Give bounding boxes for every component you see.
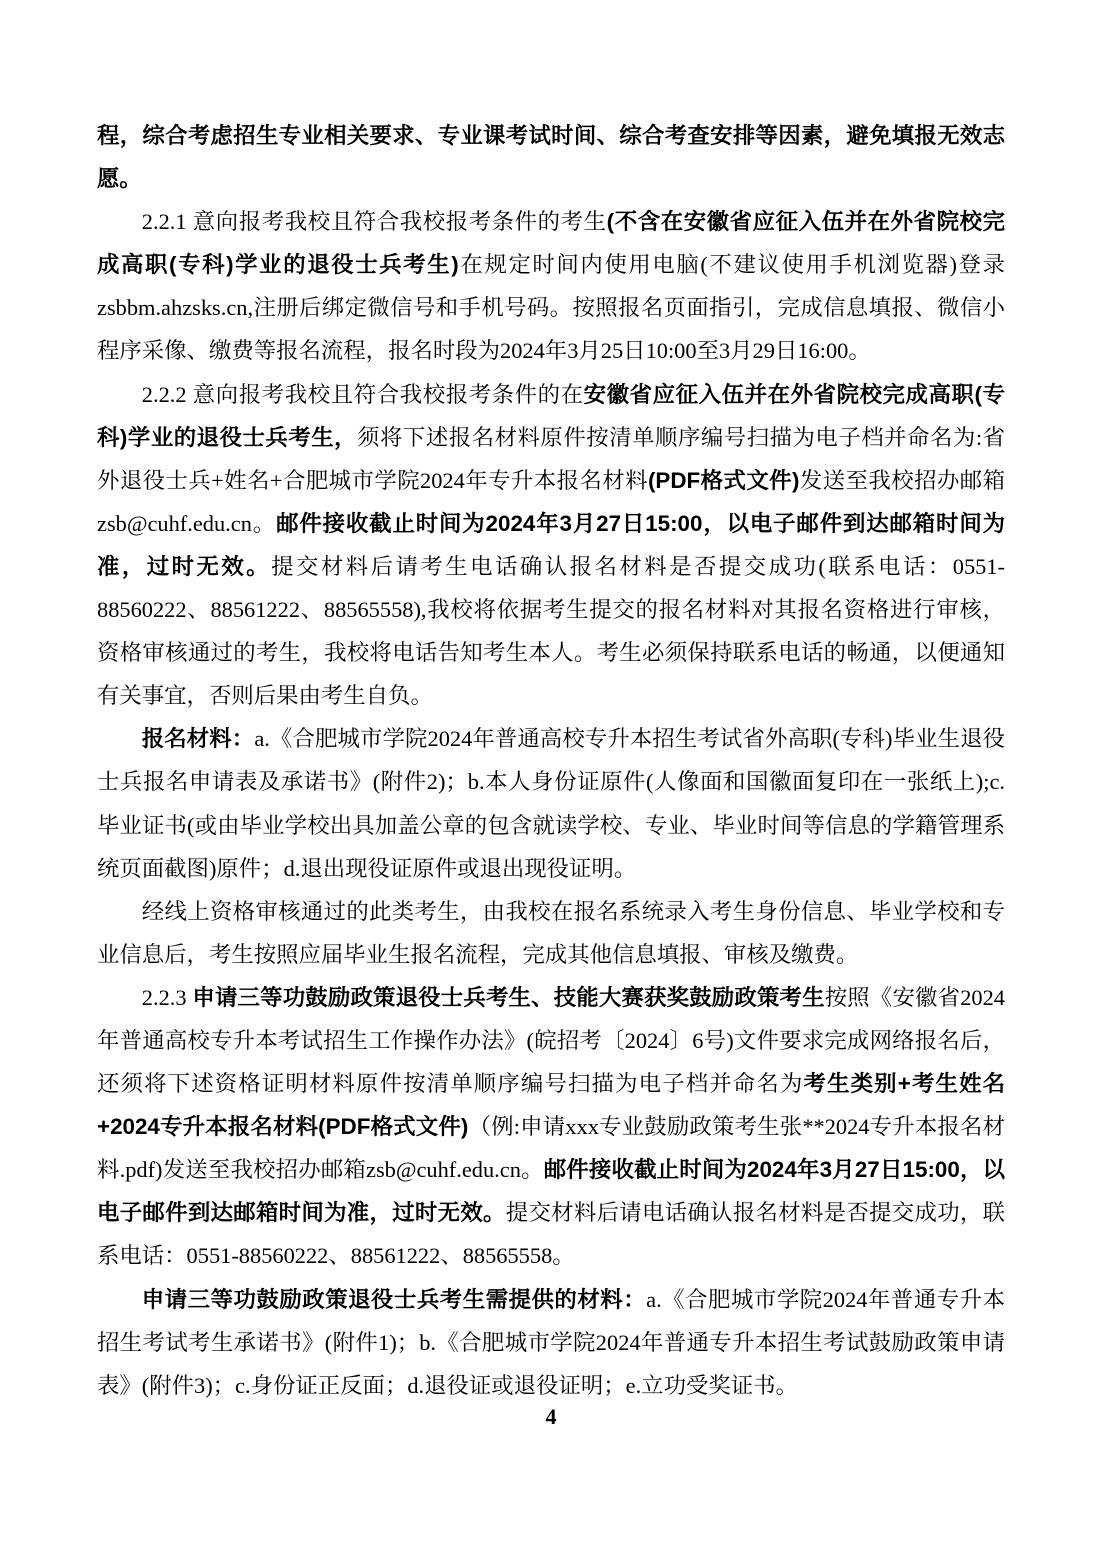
paragraph: 程，综合考虑招生专业相关要求、专业课考试时间、综合考查安排等因素，避免填报无效志…: [97, 114, 1005, 200]
bold-text-run: 申请三等功鼓励政策退役士兵考生需提供的材料：: [142, 1287, 646, 1312]
document-page: 程，综合考虑招生专业相关要求、专业课考试时间、综合考查安排等因素，避免填报无效志…: [0, 0, 1102, 1559]
paragraph: 申请三等功鼓励政策退役士兵考生需提供的材料：a.《合肥城市学院2024年普通专升…: [97, 1278, 1005, 1407]
bold-text-run: 申请三等功鼓励政策退役士兵考生、技能大赛获奖鼓励政策考生: [192, 985, 824, 1010]
page-number: 4: [0, 1404, 1102, 1430]
paragraph: 2.2.2 意向报考我校且符合我校报考条件的在安徽省应征入伍并在外省院校完成高职…: [97, 373, 1005, 718]
bold-text-run: 报名材料：: [142, 726, 255, 751]
text-run: 经线上资格审核通过的此类考生，由我校在报名系统录入考生身份信息、毕业学校和专业信…: [97, 899, 1005, 967]
bold-text-run: (PDF格式文件): [648, 468, 800, 493]
text-run: 2.2.1 意向报考我校且符合我校报考条件的考生: [142, 209, 607, 234]
paragraph: 2.2.3 申请三等功鼓励政策退役士兵考生、技能大赛获奖鼓励政策考生按照《安徽省…: [97, 976, 1005, 1278]
text-run: 2.2.2 意向报考我校且符合我校报考条件的在: [142, 382, 584, 407]
bold-text-run: 程，综合考虑招生专业相关要求、专业课考试时间、综合考查安排等因素，避免填报无效志…: [97, 123, 1005, 191]
text-run: 2.2.3: [142, 985, 193, 1010]
paragraph: 2.2.1 意向报考我校且符合我校报考条件的考生(不含在安徽省应征入伍并在外省院…: [97, 200, 1005, 372]
paragraph: 经线上资格审核通过的此类考生，由我校在报名系统录入考生身份信息、毕业学校和专业信…: [97, 890, 1005, 976]
document-body: 程，综合考虑招生专业相关要求、专业课考试时间、综合考查安排等因素，避免填报无效志…: [97, 114, 1005, 1407]
paragraph: 报名材料：a.《合肥城市学院2024年普通高校专升本招生考试省外高职(专科)毕业…: [97, 717, 1005, 889]
